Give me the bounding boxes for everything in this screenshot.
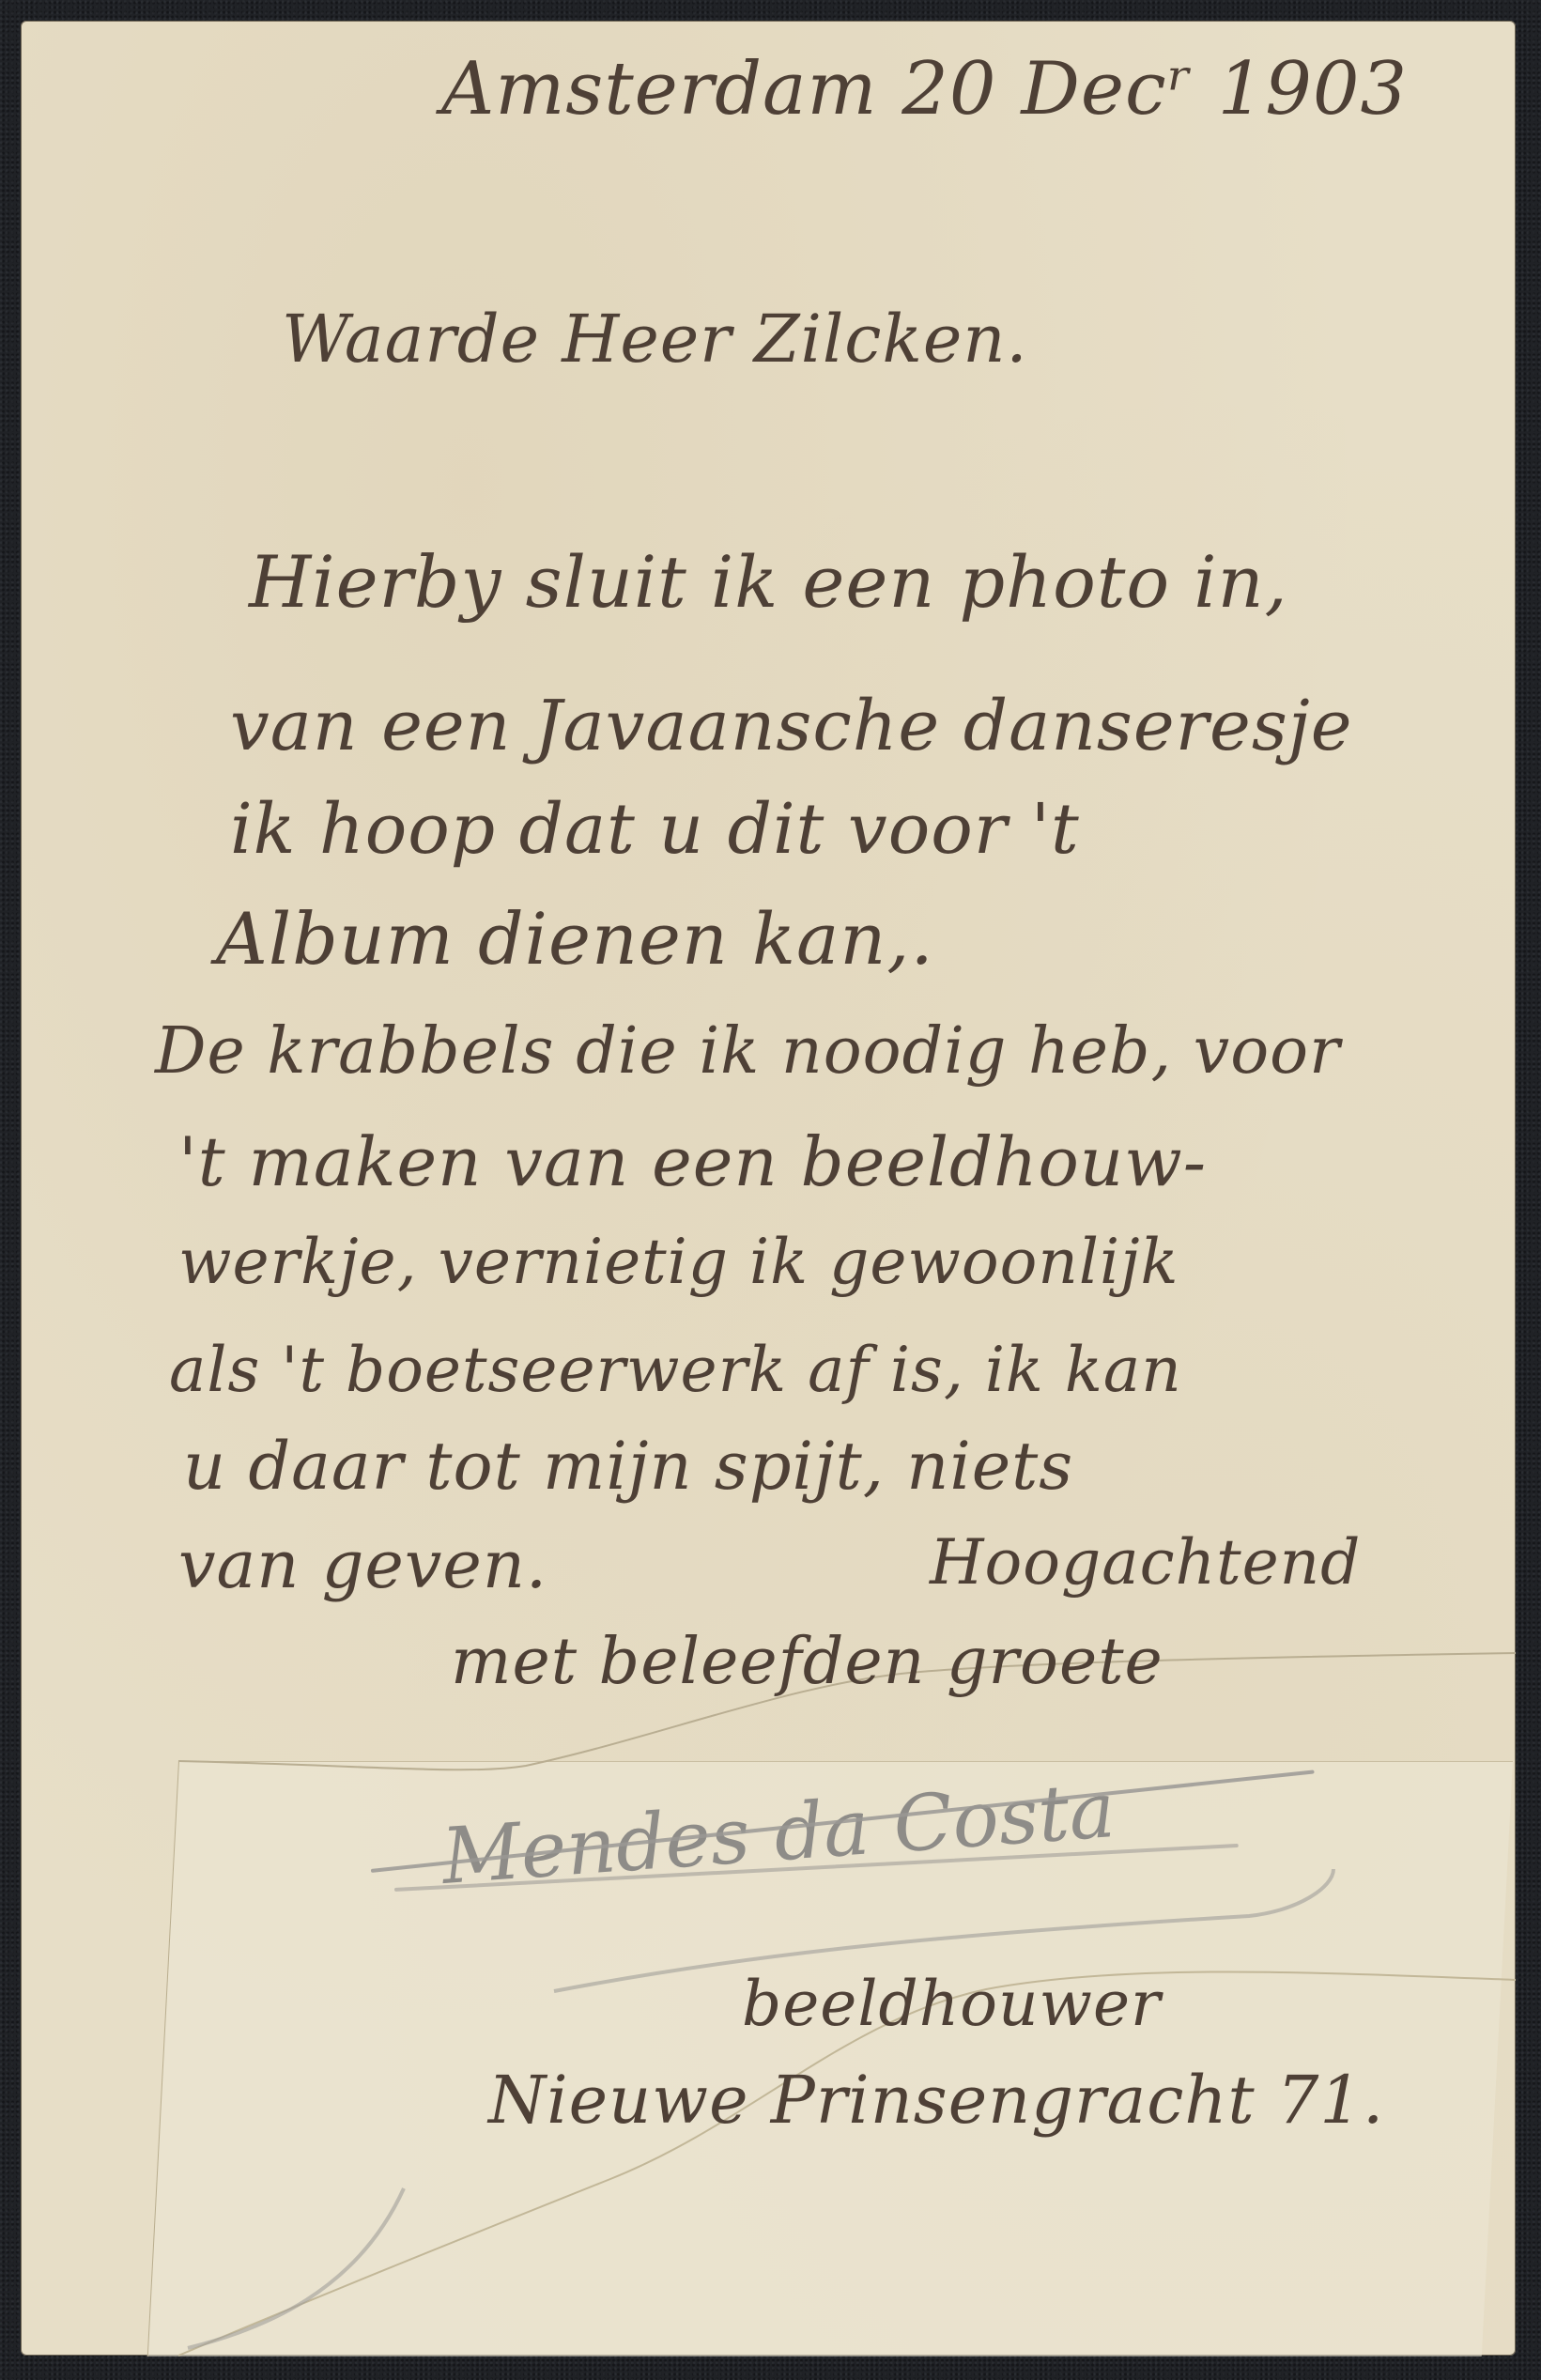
body-line-1: Hierby sluit ik een photo in,: [249, 540, 1288, 624]
sender-address: Nieuwe Prinsengracht 71.: [488, 2062, 1384, 2139]
body-line-7: werkje, vernietig ik gewoonlijk: [178, 1226, 1179, 1298]
body-line-5: De krabbels die ik noodig heb, voor: [155, 1014, 1341, 1089]
closing-groete: met beleefden groete: [451, 1625, 1163, 1699]
body-line-10: van geven.: [178, 1526, 547, 1603]
body-line-3: ik hoop dat u dit voor 't: [230, 789, 1080, 870]
body-line-8: als 't boetseerwerk af is, ik kan: [169, 1334, 1182, 1406]
body-line-4: Album dienen kan,.: [216, 897, 934, 981]
body-line-2: van een Javaansche danseresje: [230, 686, 1353, 766]
salutation: Waarde Heer Zilcken.: [282, 301, 1028, 378]
body-line-6: 't maken van een beeldhouw-: [178, 1122, 1207, 1201]
sender-title: beeldhouwer: [742, 1968, 1162, 2040]
closing-hoogachtend: Hoogachtend: [930, 1526, 1361, 1599]
dateline: Amsterdam 20 Decʳ 1903: [441, 47, 1408, 131]
body-line-9: u daar tot mijn spijt, niets: [183, 1428, 1073, 1505]
